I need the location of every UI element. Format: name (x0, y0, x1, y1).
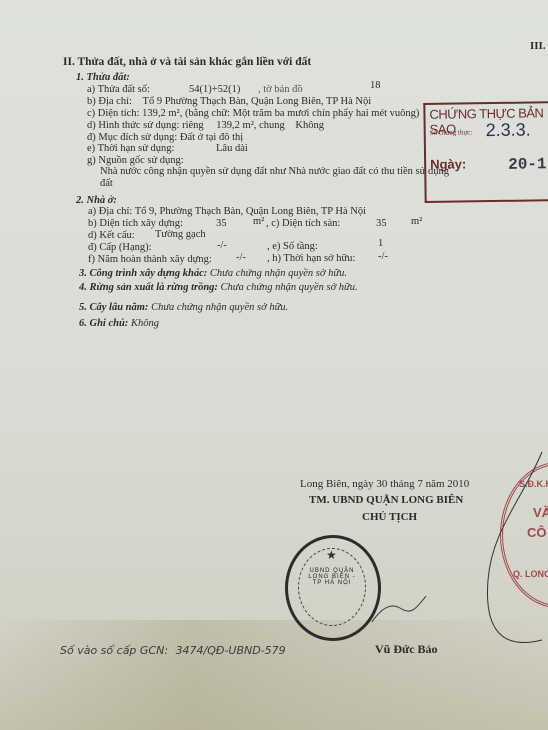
usage-form-label: d) Hình thức sử dụng: riêng (87, 120, 204, 131)
paper-shadow (0, 620, 548, 730)
stamp-number: 2.3.3. (486, 119, 531, 141)
term-value: Lâu dài (216, 143, 248, 154)
floors-label: , e) Số tầng: (267, 241, 318, 252)
year-value: -/- (236, 252, 246, 263)
ownership-term-value: -/- (378, 251, 388, 262)
land-heading: 1. Thửa đất: (76, 72, 130, 83)
grade-value: -/- (217, 240, 227, 251)
seal-star-icon: ★ (326, 548, 337, 563)
land-address: b) Địa chỉ: Tổ 9 Phường Thạch Bàn, Quận … (87, 96, 371, 107)
usage-form: d) Hình thức sử dụng: riêng 139,2 m², ch… (87, 120, 324, 131)
floor-area-value: 35 (376, 218, 387, 229)
registry-label: Số vào sổ cấp GCN: (60, 644, 168, 657)
structure-value: Tường gạch (155, 229, 206, 240)
seal-text: UBND QUẬN LONG BIÊN - TP HÀ NỘI (304, 568, 360, 586)
floor-area-label: , c) Diện tích sàn: (266, 218, 340, 229)
certification-stamp: CHỨNG THỰC BẢN SAO Số chứng thực: 2.3.3.… (423, 101, 548, 203)
built-area-value: 35 (216, 218, 227, 229)
purpose-label: đ) Mục đích sử dụng: (87, 132, 177, 143)
place-date: Long Biên, ngày 30 tháng 7 năm 2010 (300, 478, 469, 490)
usage-shared-value: Không (295, 120, 324, 131)
area-words: , (bằng chữ: Một trăm ba mươi chín phẩy … (180, 108, 420, 119)
area-unit: m² (168, 108, 179, 119)
usage-private-value: 139,2 (216, 120, 240, 131)
parcel-label: a) Thửa đất số: (87, 84, 150, 95)
address-label: b) Địa chỉ: (87, 96, 132, 107)
issuing-org: TM. UBND QUẬN LONG BIÊN (309, 494, 463, 506)
origin-label: g) Nguồn gốc sử dụng: (87, 155, 184, 166)
parcel-value: 54(1)+52(1) (189, 84, 240, 95)
other-label: 4. Rừng sản xuất là rừng trồng: (79, 282, 218, 293)
other-label: 6. Ghi chú: (79, 318, 128, 329)
purpose-value: Đất ở tại đô thị (180, 132, 243, 143)
other-item-note: 6. Ghi chú: Không (79, 318, 159, 329)
house-heading: 2. Nhà ở: (76, 195, 117, 206)
year-label: f) Năm hoàn thành xây dựng: (88, 254, 212, 265)
other-value: Chưa chứng nhận quyền sở hữu. (210, 268, 347, 279)
section-title: II. Thửa đất, nhà ở và tài sản khác gắn … (63, 56, 311, 68)
registry-value: 3474/QĐ-UBND-579 (176, 644, 286, 657)
origin-value-1: Nhà nước công nhận quyền sử dụng đất như… (100, 166, 449, 177)
stamp-date-label: Ngày: (430, 156, 466, 172)
other-label: 5. Cây lâu năm: (79, 302, 148, 313)
ownership-term-label: , h) Thời hạn sở hữu: (267, 253, 355, 264)
floors-value: 1 (378, 238, 383, 249)
other-item-construction: 3. Công trình xây dựng khác: Chưa chứng … (79, 268, 347, 279)
parcel-row: a) Thửa đất số: (87, 84, 150, 95)
next-section-label: III. (530, 40, 546, 52)
registry-number: Số vào sổ cấp GCN: 3474/QĐ-UBND-579 (60, 644, 286, 657)
signer-title: CHỦ TỊCH (362, 511, 417, 523)
usage-private-unit: m² (243, 120, 254, 131)
area-value: 139,2 (142, 108, 166, 119)
pen-loop-mark (482, 450, 548, 660)
stamp-date: 20-1 (508, 155, 547, 174)
other-item-forest: 4. Rừng sản xuất là rừng trồng: Chưa chứ… (79, 282, 358, 293)
term-label: e) Thời hạn sử dụng: (87, 143, 174, 154)
map-sheet-label: , tờ bản đồ (258, 84, 303, 95)
other-value: Không (131, 318, 159, 329)
other-value: Chưa chứng nhận quyền sở hữu. (221, 282, 358, 293)
grade-label: đ) Cấp (Hạng): (88, 242, 152, 253)
structure-label: d) Kết cấu: (88, 230, 135, 241)
other-label: 3. Công trình xây dựng khác: (79, 268, 207, 279)
other-item-perennial: 5. Cây lâu năm: Chưa chứng nhận quyền sở… (79, 302, 288, 313)
other-value: Chưa chứng nhận quyền sở hữu. (151, 302, 288, 313)
built-area-unit: m² (253, 216, 264, 227)
map-sheet-value: 18 (370, 80, 381, 91)
stamp-number-label: Số chứng thực: (430, 128, 473, 137)
address-value: Tổ 9 Phường Thạch Bàn, Quận Long Biên, T… (143, 96, 372, 107)
built-area-label: b) Diện tích xây dựng: (88, 218, 183, 229)
origin-value-2: đất (100, 178, 113, 189)
land-area: c) Diện tích: 139,2 m², (bằng chữ: Một t… (87, 108, 419, 119)
area-label: c) Diện tích: (87, 108, 139, 119)
usage-shared-label: , chung (254, 120, 285, 131)
signature-stroke (370, 590, 430, 630)
house-address: a) Địa chỉ: Tổ 9, Phường Thạch Bàn, Quận… (88, 206, 366, 217)
signer-name: Vũ Đức Bảo (375, 642, 438, 657)
official-seal: UBND QUẬN LONG BIÊN - TP HÀ NỘI ★ (285, 535, 381, 641)
purpose: đ) Mục đích sử dụng: Đất ở tại đô thị (87, 132, 243, 143)
floor-area-unit: m² (411, 216, 422, 227)
